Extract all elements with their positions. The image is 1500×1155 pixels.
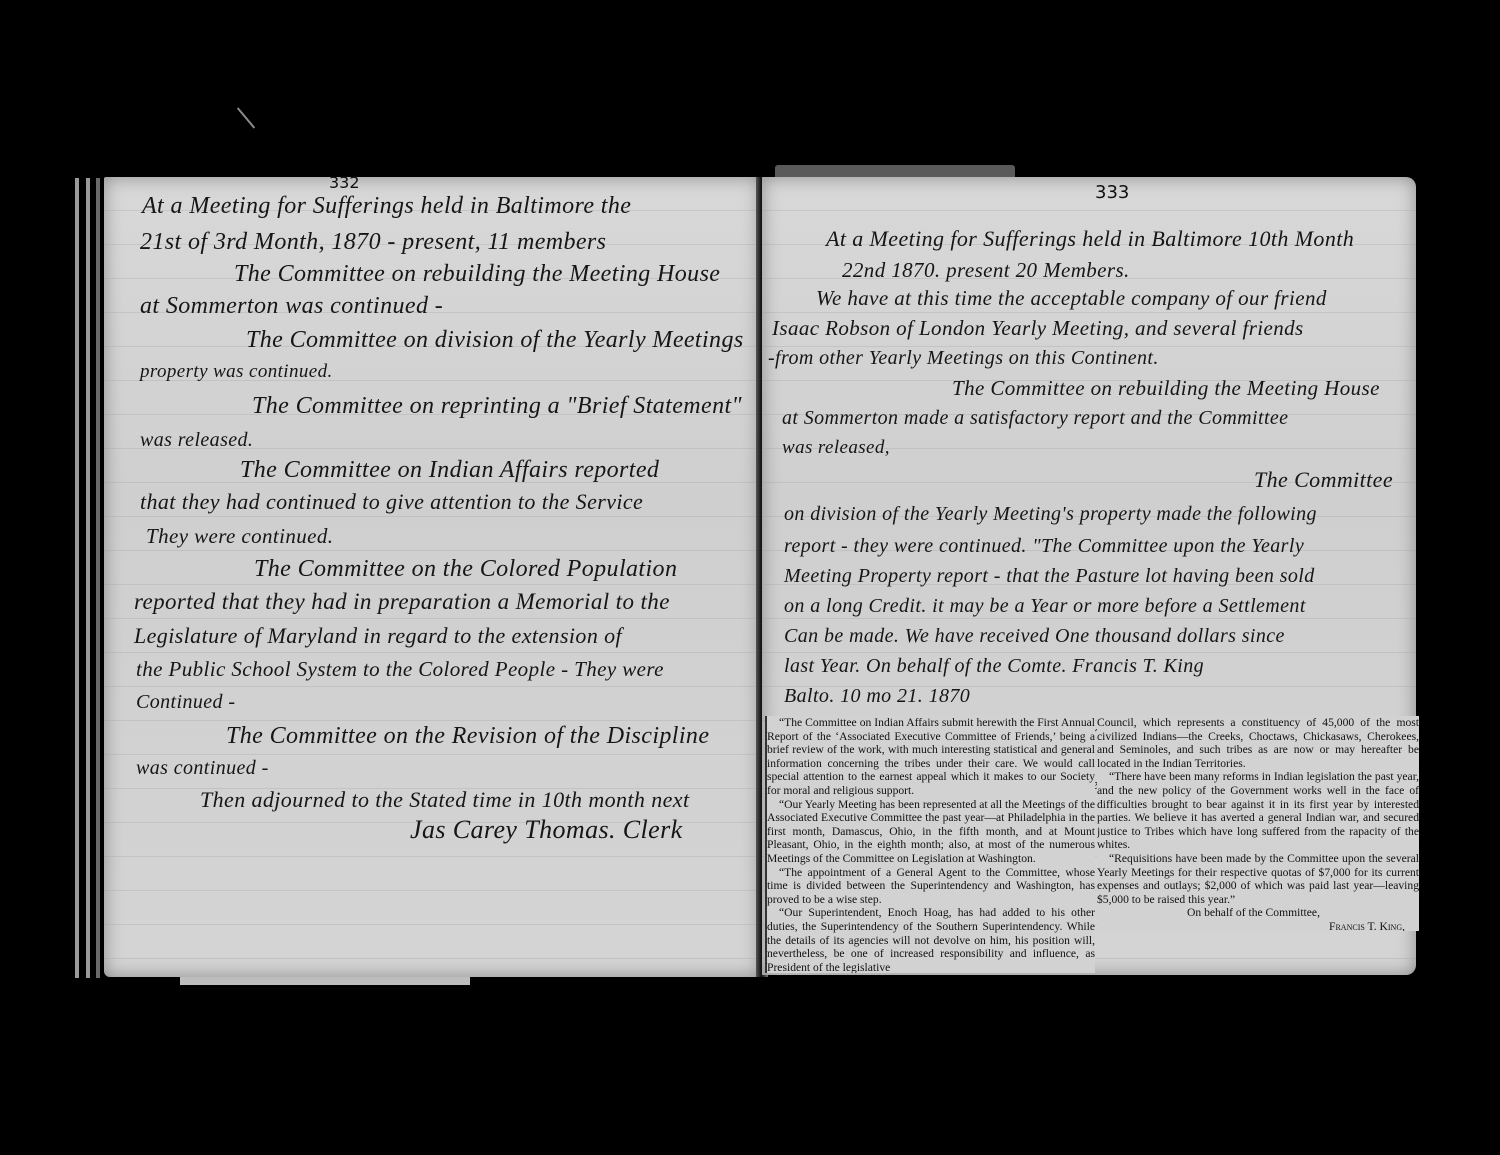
handwritten-line: Isaac Robson of London Yearly Meeting, a… — [772, 311, 1304, 345]
handwritten-line: The Committee on division of the Yearly … — [246, 323, 744, 357]
handwritten-line: was released, — [782, 431, 890, 465]
clipping-paragraph: “There have been many reforms in Indian … — [1097, 770, 1419, 852]
handwritten-line: The Committee on rebuilding the Meeting … — [234, 257, 720, 291]
handwritten-line: on a long Credit. it may be a Year or mo… — [784, 589, 1306, 623]
clipping-signature: Francis T. King, — [1097, 920, 1419, 931]
newspaper-clipping-right: Council, which represents a constituency… — [1097, 716, 1419, 931]
left-page: 332 At a Meeting for Sufferings held in … — [104, 177, 760, 977]
handwritten-line: that they had continued to give attentio… — [140, 485, 643, 519]
clipping-paragraph: “The appointment of a General Agent to t… — [767, 866, 1095, 907]
newspaper-clipping-left: “The Committee on Indian Affairs submit … — [765, 716, 1095, 973]
handwritten-line: Continued - — [136, 685, 235, 719]
handwritten-line: last Year. On behalf of the Comte. Franc… — [784, 649, 1204, 683]
handwritten-line: At a Meeting for Sufferings held in Balt… — [142, 189, 631, 223]
handwritten-line: The Committee on reprinting a "Brief Sta… — [252, 389, 742, 423]
clipping-paragraph: “Our Superintendent, Enoch Hoag, has had… — [767, 906, 1095, 973]
handwritten-line: 21st of 3rd Month, 1870 - present, 11 me… — [140, 225, 606, 259]
handwritten-line: The Committee on Indian Affairs reported — [240, 453, 659, 487]
handwritten-line: At a Meeting for Sufferings held in Balt… — [826, 222, 1354, 256]
handwritten-line: property was continued. — [140, 355, 333, 389]
handwritten-line: on division of the Yearly Meeting's prop… — [784, 497, 1317, 531]
handwritten-line: The Committee on rebuilding the Meeting … — [952, 371, 1380, 405]
scan-scratch-mark — [237, 107, 255, 128]
clipping-paragraph: “The Committee on Indian Affairs submit … — [767, 716, 1095, 798]
handwritten-line: at Sommerton was continued - — [140, 289, 443, 323]
handwritten-line: The Committee on the Colored Population — [254, 552, 677, 586]
book-binding-edge — [72, 178, 104, 978]
handwritten-line: was released. — [140, 423, 253, 457]
clipping-paragraph: “Requisitions have been made by the Comm… — [1097, 852, 1419, 906]
handwritten-line: reported that they had in preparation a … — [134, 585, 670, 619]
clerk-signature: Jas Carey Thomas. Clerk — [410, 813, 683, 847]
handwritten-line: Then adjourned to the Stated time in 10t… — [200, 783, 689, 817]
handwritten-line: Meeting Property report - that the Pastu… — [784, 559, 1315, 593]
handwritten-line: The Committee — [1254, 463, 1393, 497]
handwritten-line: report - they were continued. "The Commi… — [784, 529, 1304, 563]
handwritten-line: was continued - — [136, 751, 269, 785]
handwritten-line: We have at this time the acceptable comp… — [816, 281, 1327, 315]
clipping-paragraph: Council, which represents a constituency… — [1097, 716, 1419, 770]
clipping-paragraph: “Our Yearly Meeting has been represented… — [767, 798, 1095, 866]
handwritten-line: Balto. 10 mo 21. 1870 — [784, 679, 970, 713]
handwritten-line: They were continued. — [146, 519, 333, 553]
handwritten-line: Legislature of Maryland in regard to the… — [134, 619, 622, 653]
handwritten-line: the Public School System to the Colored … — [136, 652, 664, 686]
page-number-right: 333 — [1095, 182, 1129, 203]
handwritten-line: at Sommerton made a satisfactory report … — [782, 401, 1288, 435]
handwritten-line: Can be made. We have received One thousa… — [784, 619, 1285, 653]
handwritten-line: -from other Yearly Meetings on this Cont… — [768, 341, 1159, 375]
bottom-page-tab — [180, 977, 470, 985]
handwritten-line: The Committee on the Revision of the Dis… — [226, 719, 709, 753]
clipping-behalf-line: On behalf of the Committee, — [1097, 906, 1419, 920]
